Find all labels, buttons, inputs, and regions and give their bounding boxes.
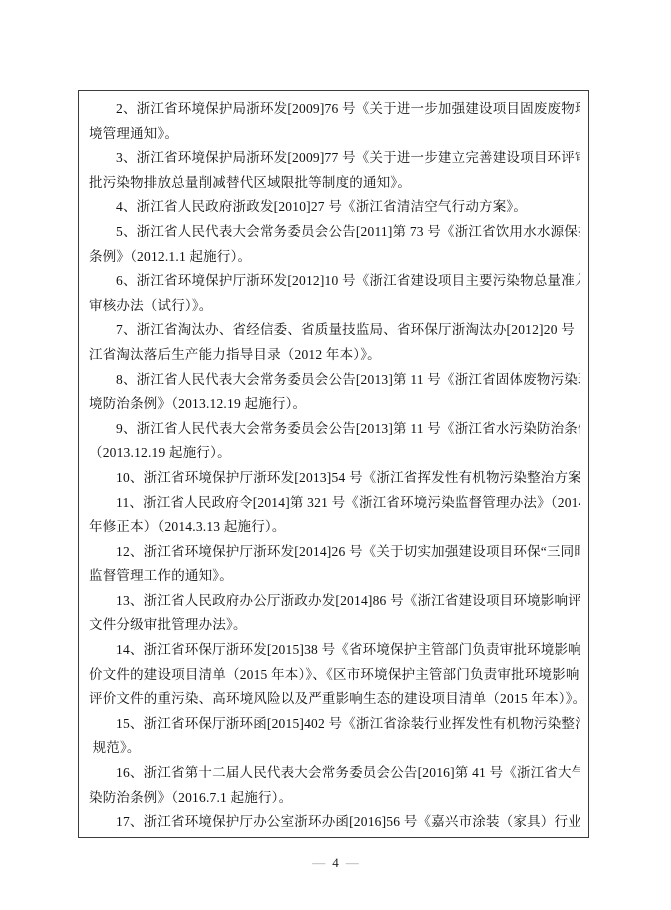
list-item: 10、浙江省环境保护厅浙环发[2013]54 号《浙江省挥发性有机物污染整治方案… <box>89 466 580 491</box>
document-border: 2、浙江省环境保护局浙环发[2009]76 号《关于进一步加强建设项目固废废物环… <box>78 90 589 838</box>
text-line: 15、浙江省环保厅浙环函[2015]402 号《浙江省涂装行业挥发性有机物污染整… <box>89 712 580 737</box>
text-line: 规范》。 <box>89 736 580 761</box>
list-item: 4、浙江省人民政府浙政发[2010]27 号《浙江省清洁空气行动方案》。 <box>89 195 580 220</box>
text-line: 境防治条例》（2013.12.19 起施行）。 <box>89 392 580 417</box>
text-line: 批污染物排放总量削减替代区域限批等制度的通知》。 <box>89 171 580 196</box>
text-line: 3、浙江省环境保护局浙环发[2009]77 号《关于进一步建立完善建设项目环评审 <box>89 146 580 171</box>
text-line: 10、浙江省环境保护厅浙环发[2013]54 号《浙江省挥发性有机物污染整治方案… <box>89 466 580 491</box>
text-line: 年修正本）（2014.3.13 起施行）。 <box>89 515 580 540</box>
text-line: 17、浙江省环境保护厅办公室浙环办函[2016]56 号《嘉兴市涂装（家具）行业… <box>89 810 580 835</box>
footer-right-dash: — <box>346 855 359 870</box>
text-line: 7、浙江省淘汰办、省经信委、省质量技监局、省环保厅浙淘汰办[2012]20 号《… <box>89 318 580 343</box>
text-line: 评价文件的重污染、高环境风险以及严重影响生态的建设项目清单（2015 年本）》。 <box>89 687 580 712</box>
list-item: 14、浙江省环保厅浙环发[2015]38 号《省环境保护主管部门负责审批环境影响… <box>89 638 580 712</box>
text-line: 9、浙江省人民代表大会常务委员会公告[2013]第 11 号《浙江省水污染防治条… <box>89 417 580 442</box>
regulation-list: 2、浙江省环境保护局浙环发[2009]76 号《关于进一步加强建设项目固废废物环… <box>89 97 580 835</box>
text-line: 5、浙江省人民代表大会常务委员会公告[2011]第 73 号《浙江省饮用水水源保… <box>89 220 580 245</box>
text-line: 11、浙江省人民政府令[2014]第 321 号《浙江省环境污染监督管理办法》（… <box>89 491 580 516</box>
list-item: 13、浙江省人民政府办公厅浙政办发[2014]86 号《浙江省建设项目环境影响评… <box>89 589 580 638</box>
text-line: 8、浙江省人民代表大会常务委员会公告[2013]第 11 号《浙江省固体废物污染… <box>89 368 580 393</box>
list-item: 17、浙江省环境保护厅办公室浙环办函[2016]56 号《嘉兴市涂装（家具）行业… <box>89 810 580 835</box>
list-item: 7、浙江省淘汰办、省经信委、省质量技监局、省环保厅浙淘汰办[2012]20 号《… <box>89 318 580 367</box>
list-item: 12、浙江省环境保护厅浙环发[2014]26 号《关于切实加强建设项目环保“三同… <box>89 540 580 589</box>
text-line: 审核办法（试行）》。 <box>89 294 580 319</box>
text-line: 文件分级审批管理办法》。 <box>89 613 580 638</box>
list-item: 8、浙江省人民代表大会常务委员会公告[2013]第 11 号《浙江省固体废物污染… <box>89 368 580 417</box>
page-footer: —4— <box>0 855 671 871</box>
text-line: 14、浙江省环保厅浙环发[2015]38 号《省环境保护主管部门负责审批环境影响… <box>89 638 580 663</box>
page-number: 4 <box>325 855 346 870</box>
text-line: （2013.12.19 起施行）。 <box>89 441 580 466</box>
text-line: 6、浙江省环境保护厅浙环发[2012]10 号《浙江省建设项目主要污染物总量准入 <box>89 269 580 294</box>
text-line: 监督管理工作的通知》。 <box>89 564 580 589</box>
text-line: 江省淘汰落后生产能力指导目录（2012 年本）》。 <box>89 343 580 368</box>
list-item: 15、浙江省环保厅浙环函[2015]402 号《浙江省涂装行业挥发性有机物污染整… <box>89 712 580 761</box>
list-item: 9、浙江省人民代表大会常务委员会公告[2013]第 11 号《浙江省水污染防治条… <box>89 417 580 466</box>
text-line: 2、浙江省环境保护局浙环发[2009]76 号《关于进一步加强建设项目固废废物环 <box>89 97 580 122</box>
text-line: 染防治条例》（2016.7.1 起施行）。 <box>89 786 580 811</box>
text-line: 12、浙江省环境保护厅浙环发[2014]26 号《关于切实加强建设项目环保“三同… <box>89 540 580 565</box>
text-line: 16、浙江省第十二届人民代表大会常务委员会公告[2016]第 41 号《浙江省大… <box>89 761 580 786</box>
list-item: 16、浙江省第十二届人民代表大会常务委员会公告[2016]第 41 号《浙江省大… <box>89 761 580 810</box>
text-line: 条例》（2012.1.1 起施行）。 <box>89 245 580 270</box>
text-line: 13、浙江省人民政府办公厅浙政办发[2014]86 号《浙江省建设项目环境影响评… <box>89 589 580 614</box>
footer-left-dash: — <box>312 855 325 870</box>
text-line: 境管理通知》。 <box>89 122 580 147</box>
list-item: 5、浙江省人民代表大会常务委员会公告[2011]第 73 号《浙江省饮用水水源保… <box>89 220 580 269</box>
text-line: 价文件的建设项目清单（2015 年本）》、《区市环境保护主管部门负责审批环境影响 <box>89 663 580 688</box>
list-item: 6、浙江省环境保护厅浙环发[2012]10 号《浙江省建设项目主要污染物总量准入… <box>89 269 580 318</box>
text-line: 4、浙江省人民政府浙政发[2010]27 号《浙江省清洁空气行动方案》。 <box>89 195 580 220</box>
list-item: 11、浙江省人民政府令[2014]第 321 号《浙江省环境污染监督管理办法》（… <box>89 491 580 540</box>
list-item: 2、浙江省环境保护局浙环发[2009]76 号《关于进一步加强建设项目固废废物环… <box>89 97 580 146</box>
list-item: 3、浙江省环境保护局浙环发[2009]77 号《关于进一步建立完善建设项目环评审… <box>89 146 580 195</box>
